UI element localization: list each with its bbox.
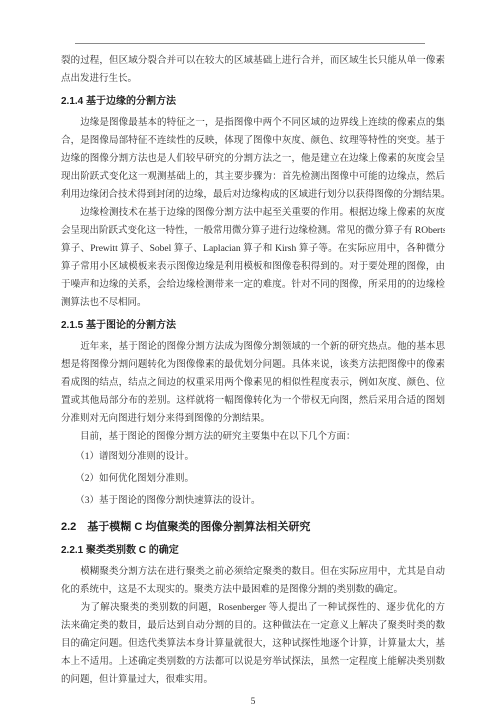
- paragraph-continuation-line: 裂的过程，但区域分裂合并可以在较大的区域基础上进行合并，而区域生长只能从单一像素: [61, 52, 445, 70]
- paragraph-line: 为了解决聚类的类别数的问题，Rosenberger 等人提出了一种试探性的、逐步…: [61, 599, 445, 617]
- paragraph-line: 测算法也不尽相同。: [61, 294, 445, 312]
- paragraph-line: 边缘检测技术在基于边缘的图像分割方法中起至关重要的作用。根据边缘上像素的灰度: [61, 204, 445, 222]
- paragraph-line: 会呈现出阶跃式变化这一特性，一般常用微分算子进行边缘检测。常见的微分算子有 RO…: [61, 222, 445, 240]
- paragraph-line: 合，是图像局部特征不连续性的反映，体现了图像中灰度、颜色、纹理等特性的突变。基于: [61, 132, 445, 150]
- paragraph-line: 模糊聚类分割方法在进行聚类之前必须给定聚类的数目。但在实际应用中，尤其是自动: [61, 563, 445, 581]
- paragraph-line: 看成图的结点，结点之间边的权重采用两个像素见的相似性程度表示，例如灰度、颜色、位: [61, 374, 445, 392]
- paragraph-line: 边缘的图像分割方法也是人们较早研究的分割方法之一，他是建立在边缘上像素的灰度会呈: [61, 150, 445, 168]
- paragraph-line: 边缘是图像最基本的特征之一，是指图像中两个不同区域的边界线上连续的像素点的集: [61, 114, 445, 132]
- list-item-2: （2）如何优化图划分准则。: [61, 468, 445, 490]
- document-body: 裂的过程，但区域分裂合并可以在较大的区域基础上进行合并，而区域生长只能从单一像素…: [61, 52, 445, 707]
- header-rule: [75, 43, 425, 44]
- page-number: 5: [61, 697, 445, 707]
- heading-2-1-4: 2.1.4 基于边缘的分割方法: [61, 93, 445, 111]
- heading-2-2: 2.2 基于模糊 C 均值聚类的图像分割算法相关研究: [61, 518, 445, 537]
- document-page: 裂的过程，但区域分裂合并可以在较大的区域基础上进行合并，而区域生长只能从单一像素…: [0, 0, 500, 707]
- paragraph-line: 目前，基于图论的图像分割方法的研究主要集中在以下几个方面：: [61, 428, 445, 446]
- paragraph-line: 法来确定类的数目，最后达到自动分割的目的。这种做法在一定意义上解决了聚类时类的数: [61, 617, 445, 635]
- list-item-3: （3）基于图论的图像分割快速算法的设计。: [61, 490, 445, 512]
- paragraph-line: 分准则对无向图进行划分来得到图像的分割结果。: [61, 410, 445, 428]
- paragraph-line: 置或其他局部分布的差别。这样就将一幅图像转化为一个带权无向图，然后采用合适的图划: [61, 392, 445, 410]
- heading-2-1-5: 2.1.5 基于图论的分割方法: [61, 317, 445, 335]
- paragraph-continuation-line: 点出发进行生长。: [61, 70, 445, 88]
- paragraph-line: 化的系统中，这是不太现实的。聚类方法中最困难的是图像分割的类别数的确定。: [61, 581, 445, 599]
- paragraph-line: 现出阶跃式变化这一观测基础上的，其主要步骤为：首先检测出图像中可能的边缘点，然后: [61, 168, 445, 186]
- heading-2-2-1: 2.2.1 聚类类别数 C 的确定: [61, 542, 445, 560]
- paragraph-line: 的问题，但计算量过大，很难实用。: [61, 671, 445, 689]
- paragraph-line: 算子常用小区域模板来表示图像边缘是利用模板和图像卷积得到的。对于要处理的图像，由: [61, 258, 445, 276]
- paragraph-line: 近年来，基于图论的图像分割方法成为图像分割领域的一个新的研究热点。他的基本思: [61, 338, 445, 356]
- paragraph-line: 想是将图像分割问题转化为图像像素的最优划分问题。具体来说，该类方法把图像中的像素: [61, 356, 445, 374]
- paragraph-line: 目的确定问题。但迭代类算法本身计算量就很大，这种试探性地逐个计算，计算量太大，基: [61, 635, 445, 653]
- paragraph-line: 利用边缘闭合技术得到封闭的边缘，最后对边缘构成的区域进行划分以获得图像的分割结果…: [61, 186, 445, 204]
- paragraph-line: 本上不适用。上述确定类别数的方法都可以说是穷举试探法，虽然一定程度上能解决类别数: [61, 653, 445, 671]
- paragraph-line: 于噪声和边缘的关系，会给边缘检测带来一定的难度。针对不同的图像，所采用的的边缘检: [61, 276, 445, 294]
- paragraph-line: 算子、Prewitt 算子、Sobel 算子、Laplacian 算子和 Kir…: [61, 240, 445, 258]
- list-item-1: （1）谱图划分准则的设计。: [61, 446, 445, 468]
